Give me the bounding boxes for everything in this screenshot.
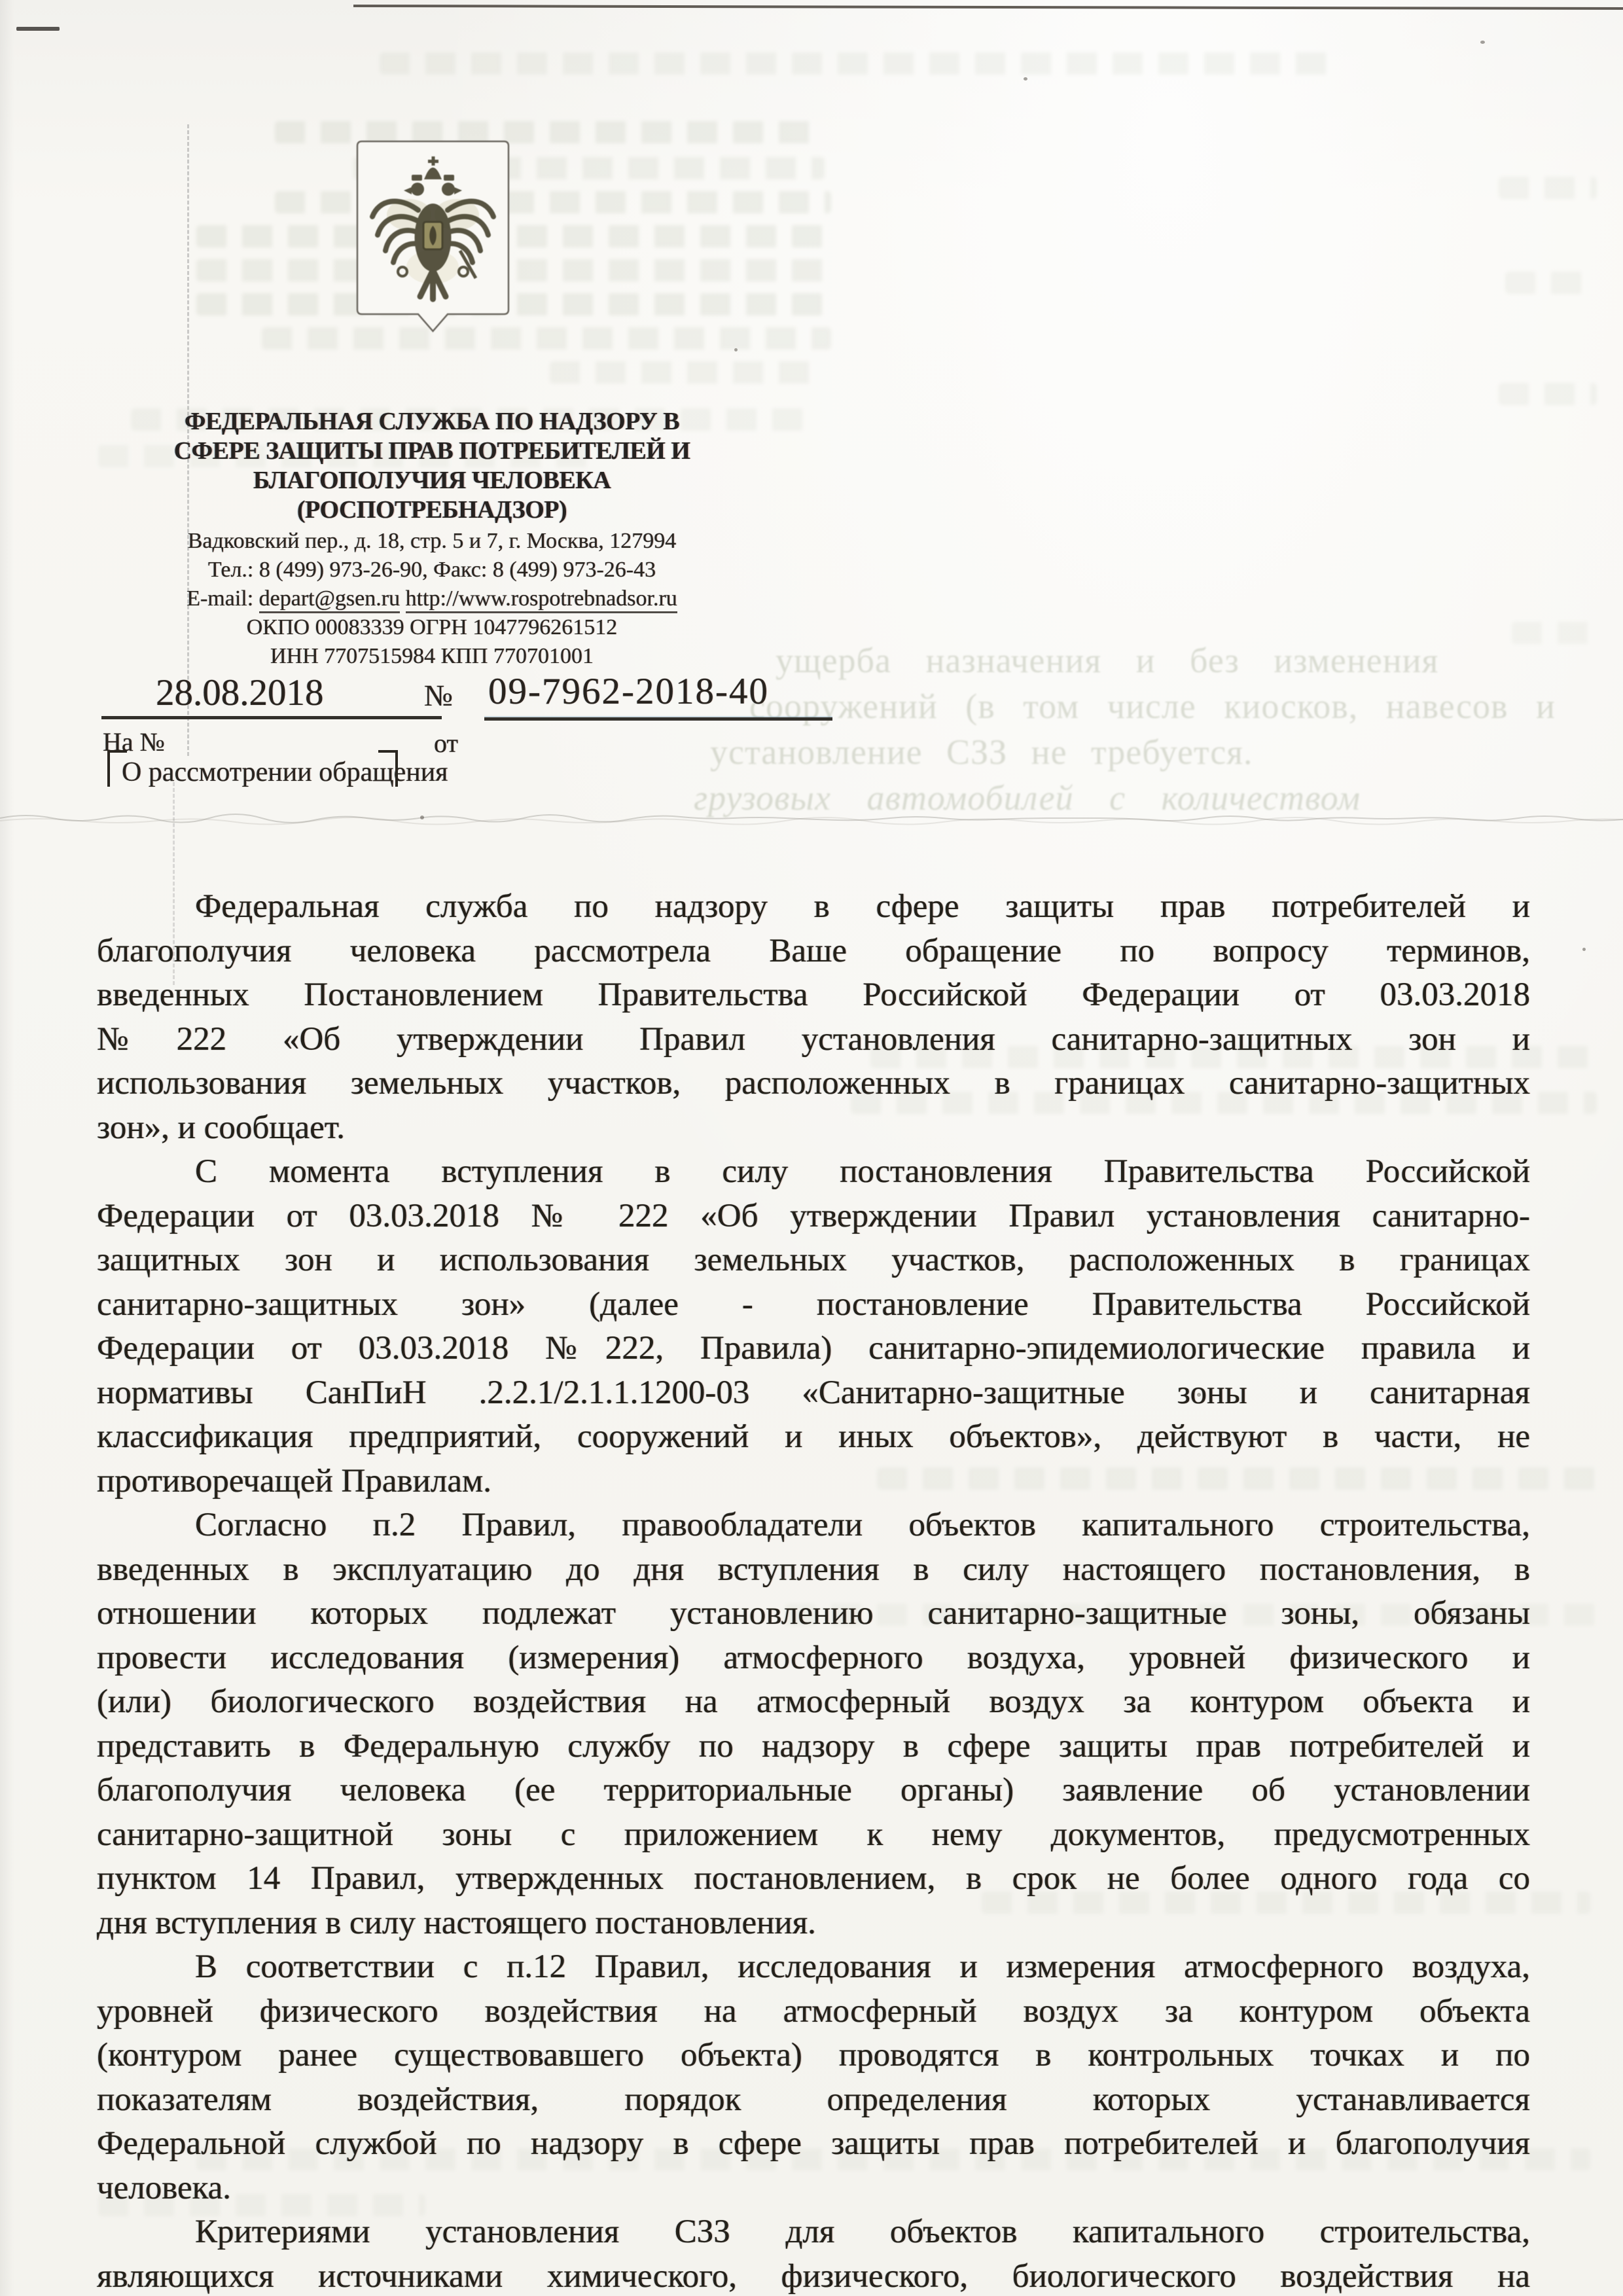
- email-address: depart@gsen.ru: [259, 586, 400, 613]
- letterhead-org-line: ФЕДЕРАЛЬНАЯ СЛУЖБА ПО НАДЗОРУ В: [98, 407, 766, 437]
- body-line: санитарно-защитной зоны с приложением к …: [97, 1813, 1530, 1857]
- bleedthrough-text: установление СЗЗ не требуется.: [710, 732, 1253, 772]
- body-line: дня вступления в силу настоящего постано…: [97, 1901, 1530, 1946]
- reply-from-label: от: [434, 728, 458, 759]
- body-line: введенных в эксплуатацию до дня вступлен…: [97, 1548, 1530, 1592]
- body-line: зон», и сообщает.: [97, 1106, 1530, 1151]
- scan-speck: [420, 816, 424, 819]
- body-line: санитарно-защитных зон» (далее - постано…: [97, 1283, 1530, 1327]
- bleedthrough-line: [550, 361, 825, 384]
- body-line: противоречащей Правилам.: [97, 1460, 1530, 1504]
- body-line: провести исследования (измерения) атмосф…: [97, 1636, 1530, 1681]
- bleedthrough-line: [196, 225, 831, 247]
- body-line: человека.: [97, 2166, 1530, 2211]
- body-line: представить в Федеральную службу по надз…: [97, 1725, 1530, 1769]
- letterhead-okpo-ogrn: ОКПО 00083339 ОГРН 1047796261512: [98, 613, 766, 642]
- bleedthrough-line: [196, 259, 831, 281]
- bleedthrough-line: [1505, 272, 1590, 294]
- body-line: В соответствии с п.12 Правил, исследован…: [97, 1945, 1530, 1990]
- scan-speck: [1480, 41, 1485, 44]
- scan-speck: [1024, 77, 1027, 81]
- body-line: классификация предприятий, сооружений и …: [97, 1415, 1530, 1460]
- subject-bracket-right: [378, 750, 398, 787]
- body-line: отношении которых подлежат установлению …: [97, 1592, 1530, 1636]
- letterhead-inn-kpp: ИНН 7707515984 КПП 770701001: [98, 642, 766, 671]
- scan-edge-line: [353, 5, 1623, 10]
- bleedthrough-line: [262, 327, 831, 350]
- letterhead-org-line: БЛАГОПОЛУЧИЯ ЧЕЛОВЕКА: [98, 466, 766, 495]
- body-line: являющихся источниками химического, физи…: [97, 2255, 1530, 2296]
- letterhead-org-short-name: (РОСПОТРЕБНАДЗОР): [98, 495, 766, 525]
- letter-body: Федеральная служба по надзору в сфере за…: [97, 885, 1530, 2296]
- body-line: использования земельных участков, распол…: [97, 1062, 1530, 1106]
- letter-number: 09-7962-2018-40: [488, 670, 769, 713]
- letter-date: 28.08.2018: [156, 672, 324, 714]
- bleedthrough-text: ущерба назначения и без изменения: [776, 640, 1438, 681]
- bleedthrough-line: [196, 293, 825, 315]
- body-line: Федерации от 03.03.2018 №222, Правила) с…: [97, 1327, 1530, 1371]
- body-line: Федерации от 03.03.2018 № 222 «Об утверж…: [97, 1194, 1530, 1239]
- body-line: Федеральной службой по надзору в сфере з…: [97, 2122, 1530, 2166]
- body-line: нормативы СанПиН .2.2.1/2.1.1.1200-03 «С…: [97, 1371, 1530, 1416]
- body-line: Федеральная служба по надзору в сфере за…: [97, 885, 1530, 929]
- bleedthrough-text: грузовых автомобилей с количеством: [694, 778, 1361, 818]
- body-line: введенных Постановлением Правительства Р…: [97, 973, 1530, 1018]
- letter-subject: О рассмотрении обращения: [122, 757, 448, 788]
- letterhead-address: Вадковский пер., д. 18, стр. 5 и 7, г. М…: [98, 527, 766, 556]
- website-url: http://www.rospotrebnadsor.ru: [406, 586, 677, 613]
- bleedthrough-line: [1499, 383, 1597, 405]
- body-line: С момента вступления в силу постановлени…: [97, 1150, 1530, 1194]
- body-line: уровней физического воздействия на атмос…: [97, 1990, 1530, 2034]
- body-line: благополучия человека (ее территориальны…: [97, 1768, 1530, 1813]
- letterhead-org-line: СФЕРЕ ЗАЩИТЫ ПРАВ ПОТРЕБИТЕЛЕЙ И: [98, 437, 766, 466]
- number-underline: [484, 717, 832, 721]
- body-line: защитных зон и использования земельных у…: [97, 1238, 1530, 1283]
- coat-of-arms-icon: [355, 139, 510, 337]
- bleedthrough-line: [380, 52, 1335, 75]
- body-line: (или) биологического воздействия на атмо…: [97, 1680, 1530, 1725]
- scanned-letter-page: { "letterhead": { "org_line1": "ФЕДЕРАЛЬ…: [0, 0, 1623, 2296]
- body-line: показателям воздействия, порядок определ…: [97, 2078, 1530, 2123]
- bleedthrough-line: [1512, 622, 1597, 644]
- body-line: Согласно п.2 Правил, правообладатели объ…: [97, 1503, 1530, 1548]
- email-label: E-mail:: [187, 586, 253, 611]
- scan-speck: [1582, 948, 1586, 951]
- bleedthrough-text: сооружений (в том числе киосков, навесов…: [749, 686, 1556, 726]
- letterhead-phone-fax: Тел.: 8 (499) 973-26-90, Факс: 8 (499) 9…: [98, 556, 766, 584]
- body-line: пунктом 14 Правил, утвержденных постанов…: [97, 1857, 1530, 1901]
- bleedthrough-line: [1499, 177, 1597, 199]
- number-sign: №: [424, 678, 453, 713]
- body-line: Критериями установления СЗЗ для объектов…: [97, 2210, 1530, 2255]
- letterhead-email-website: E-mail: depart@gsen.ru http://www.rospot…: [98, 584, 766, 613]
- scan-corner-mark: [16, 27, 60, 31]
- date-underline: [101, 716, 442, 719]
- body-line: (контуром ранее существовавшего объекта)…: [97, 2034, 1530, 2078]
- body-line: №222 «Об утверждении Правил установления…: [97, 1018, 1530, 1062]
- body-line: благополучия человека рассмотрела Ваше о…: [97, 929, 1530, 974]
